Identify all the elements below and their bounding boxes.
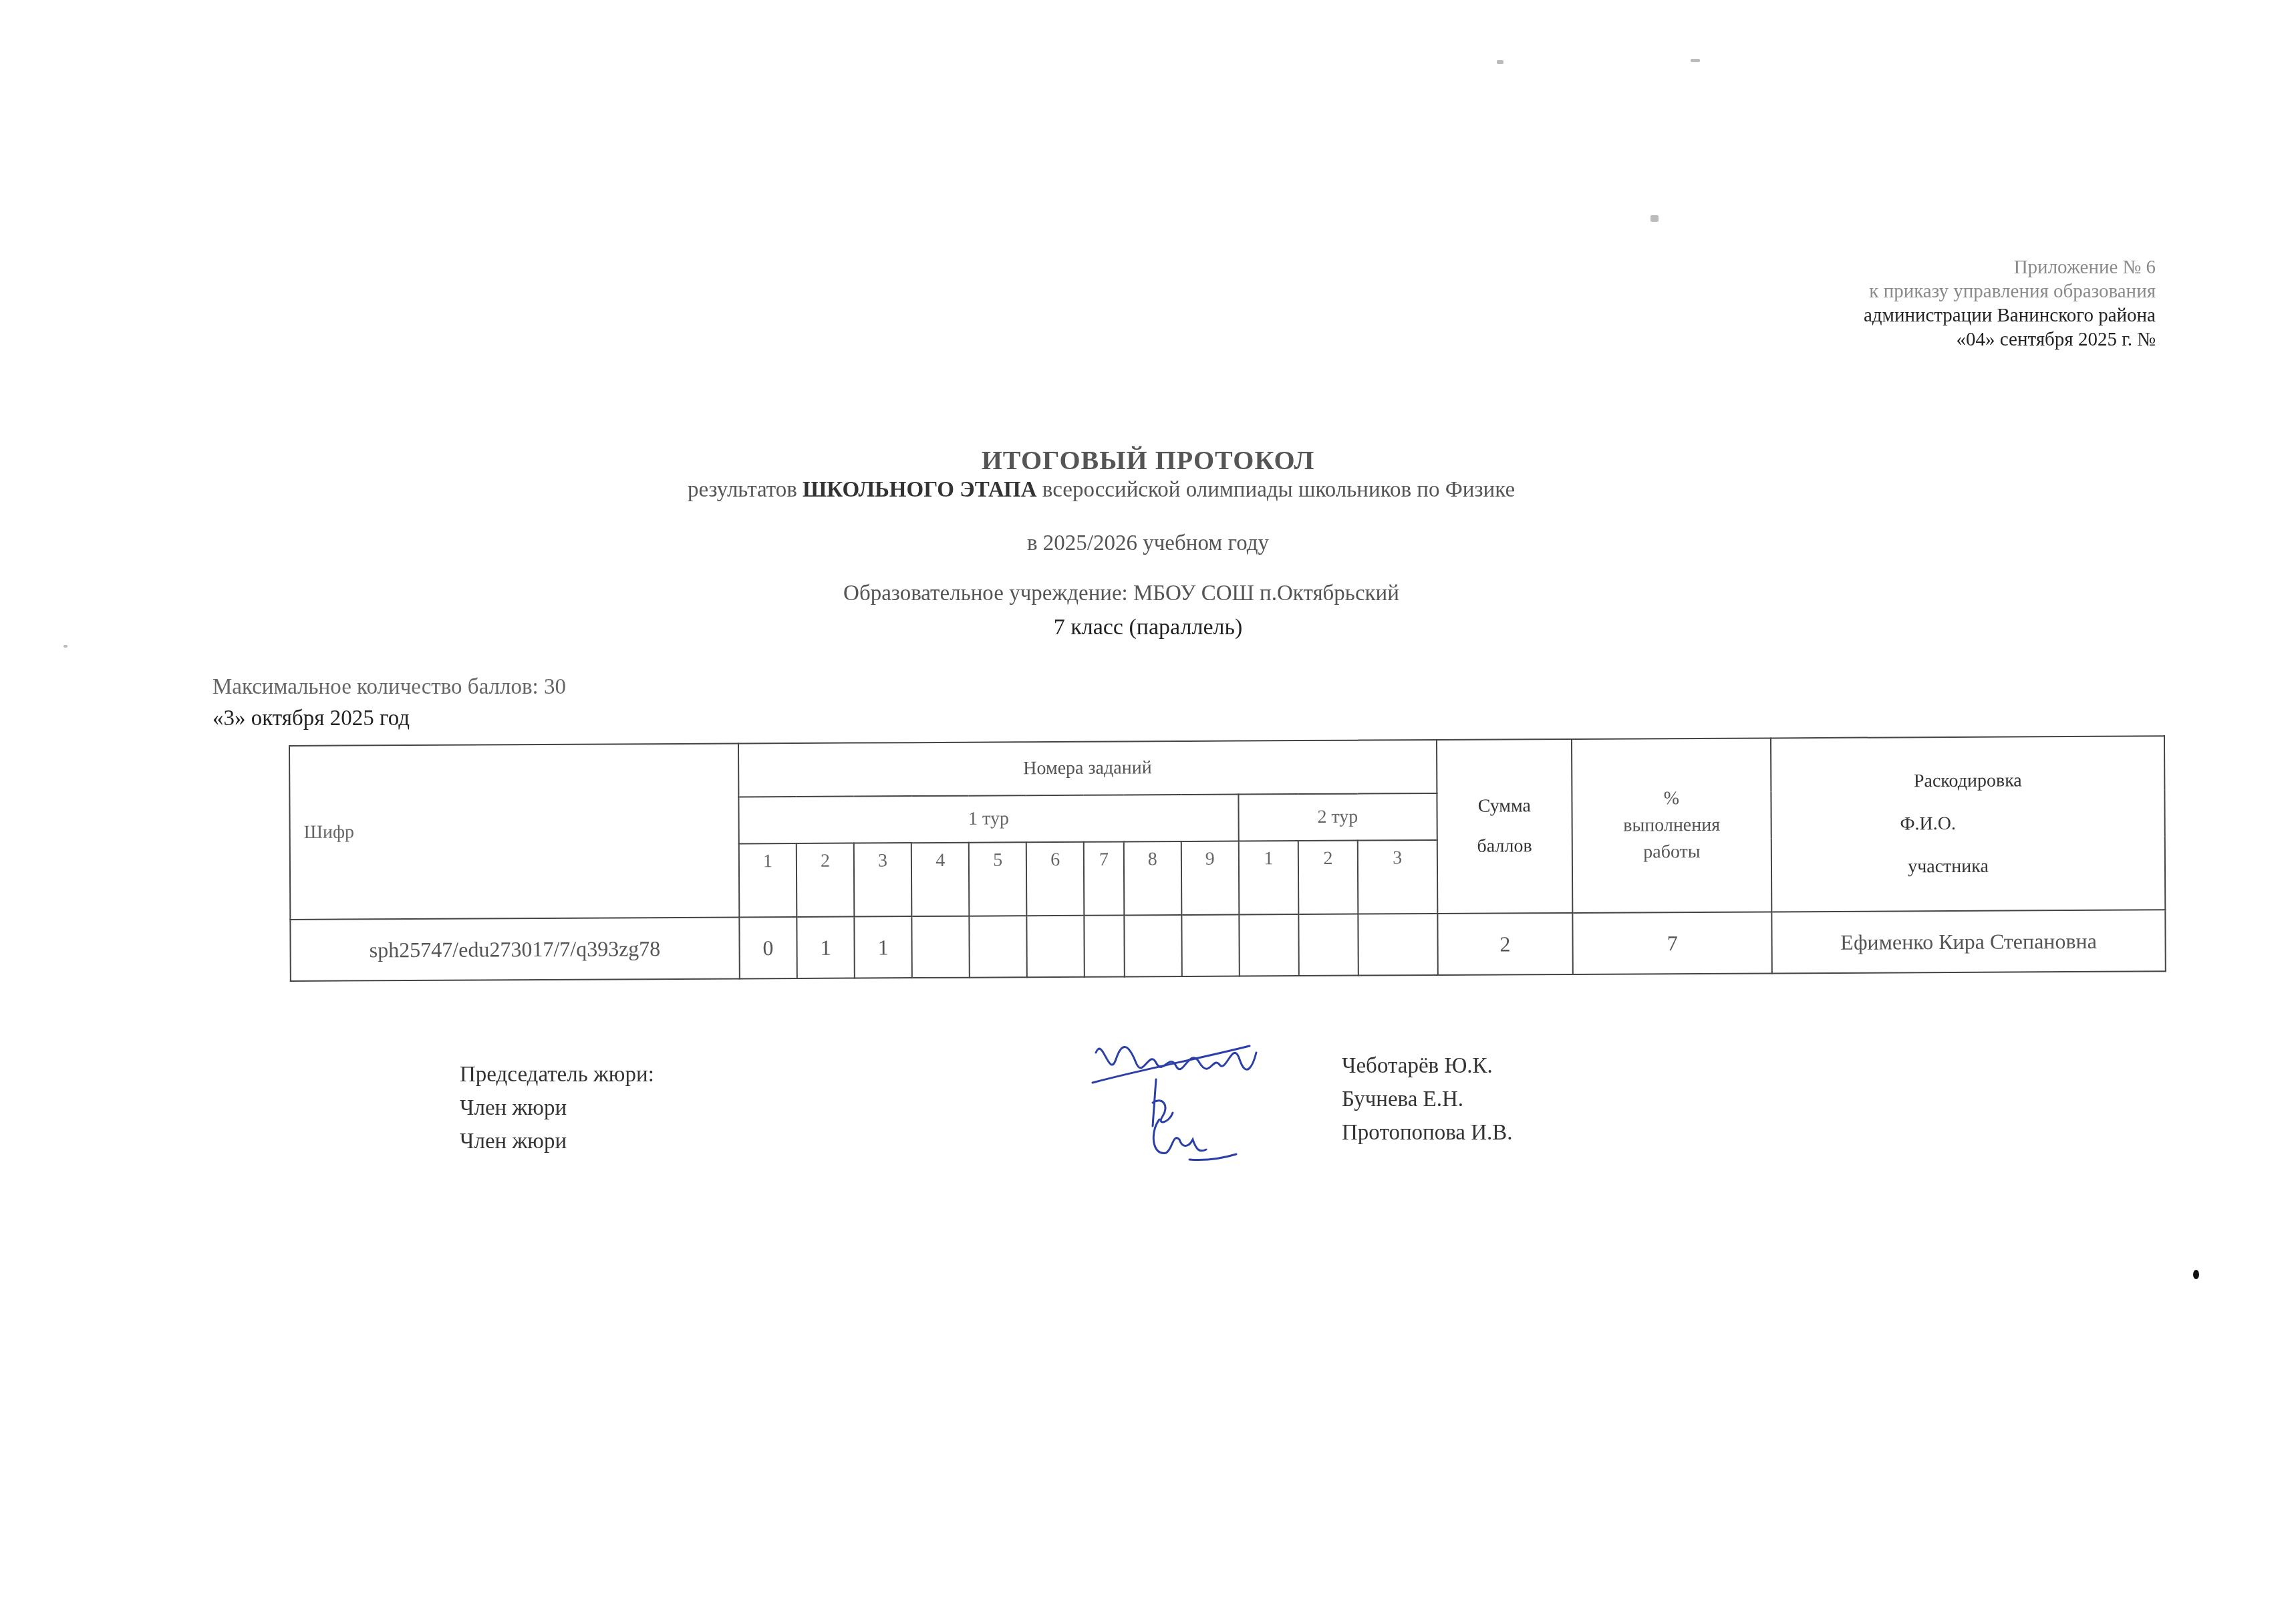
- max-score: Максимальное количество баллов: 30: [212, 675, 566, 700]
- appendix-line-1: Приложение № 6: [1864, 255, 2156, 279]
- appendix-line-2: к приказу управления образования: [1864, 279, 2156, 303]
- jury-member-name-2: Протопопова И.В.: [1342, 1116, 1513, 1150]
- scan-speck: [63, 645, 67, 648]
- subtitle-stage: ШКОЛЬНОГО ЭТАПА: [803, 478, 1036, 502]
- scan-speck: [2193, 1270, 2199, 1279]
- task-number-t2-1: 1: [1239, 841, 1299, 914]
- row-percent: 7: [1572, 912, 1771, 974]
- results-table: Шифр Номера заданий Сумма баллов % выпол…: [289, 735, 2166, 982]
- score-t1-7: [1085, 915, 1125, 976]
- institution: Образовательное учреждение: МБОУ СОШ п.О…: [0, 581, 2269, 606]
- subtitle-suffix: всероссийской олимпиады школьников по Фи…: [1042, 478, 1515, 502]
- score-t1-9: [1181, 915, 1240, 976]
- protocol-date: «3» октября 2025 год: [212, 706, 410, 731]
- header-dec-line2: Ф.И.О.: [1771, 801, 2164, 846]
- row-sum: 2: [1437, 913, 1573, 975]
- header-pct-line1: %: [1572, 785, 1770, 813]
- score-t1-5: [970, 916, 1028, 977]
- row-cipher: sph25747/edu273017/7/q393zg78: [290, 917, 739, 981]
- header-task-numbers: Номера заданий: [738, 740, 1437, 797]
- header-decoding: Раскодировка Ф.И.О. участника: [1771, 736, 2165, 912]
- task-number-t1-1: 1: [739, 843, 797, 917]
- task-number-t1-5: 5: [969, 842, 1027, 916]
- score-t1-8: [1124, 915, 1182, 976]
- subtitle-prefix: результатов: [688, 478, 797, 502]
- header-pct-line2: выполнения: [1573, 811, 1771, 839]
- score-t1-4: [912, 916, 970, 978]
- task-number-t1-8: 8: [1124, 841, 1182, 915]
- task-number-t2-2: 2: [1298, 841, 1358, 914]
- jury-member-name-1: Бучнева Е.Н.: [1342, 1083, 1513, 1116]
- grade: 7 класс (параллель): [0, 615, 2296, 640]
- task-number-t1-4: 4: [911, 843, 970, 916]
- header-dec-line1: Раскодировка: [1771, 759, 2164, 803]
- score-t2-2: [1298, 914, 1358, 976]
- jury-member-label-2: Член жюри: [460, 1125, 654, 1158]
- task-number-t1-6: 6: [1026, 842, 1085, 916]
- appendix-line-4: «04» сентября 2025 г. №: [1864, 327, 2156, 352]
- task-number-t1-2: 2: [797, 843, 855, 917]
- score-t1-6: [1027, 916, 1085, 977]
- document-subtitle: результатов ШКОЛЬНОГО ЭТАПА всероссийско…: [0, 478, 2249, 503]
- header-tour-1: 1 тур: [738, 795, 1238, 844]
- appendix-line-3: администрации Ванинского района: [1864, 303, 2156, 327]
- header-tour-2: 2 тур: [1238, 793, 1437, 841]
- table-row: sph25747/edu273017/7/q393zg78 0 1 1 2 7 …: [290, 910, 2165, 981]
- header-dec-line3: участника: [1772, 844, 2164, 889]
- score-t2-1: [1239, 914, 1299, 976]
- task-number-t1-9: 9: [1181, 841, 1240, 915]
- document-title: ИТОГОВЫЙ ПРОТОКОЛ: [0, 444, 2296, 476]
- jury-chair-name: Чеботарёв Ю.К.: [1342, 1049, 1513, 1083]
- row-name: Ефименко Кира Степановна: [1771, 910, 2165, 973]
- score-t2-3: [1358, 914, 1437, 976]
- score-t1-3: 1: [854, 916, 912, 978]
- task-number-t2-3: 3: [1358, 840, 1437, 914]
- header-cipher: Шифр: [289, 743, 739, 920]
- header-sum-line1: Сумма: [1437, 786, 1572, 827]
- score-t1-1: 0: [739, 917, 797, 978]
- header-sum: Сумма баллов: [1437, 739, 1573, 914]
- header-percent: % выполнения работы: [1572, 738, 1771, 913]
- scan-speck: [1497, 60, 1503, 64]
- task-number-t1-7: 7: [1084, 841, 1124, 915]
- jury-names: Чеботарёв Ю.К. Бучнева Е.Н. Протопопова …: [1342, 1049, 1513, 1150]
- scan-speck: [1651, 215, 1659, 222]
- header-pct-line3: работы: [1573, 838, 1771, 866]
- jury-labels: Председатель жюри: Член жюри Член жюри: [460, 1058, 654, 1158]
- jury-chair-label: Председатель жюри:: [460, 1058, 654, 1091]
- scan-speck: [1691, 59, 1700, 62]
- score-t1-2: 1: [797, 917, 855, 978]
- jury-member-label-1: Член жюри: [460, 1091, 654, 1125]
- appendix-block: Приложение № 6 к приказу управления обра…: [1864, 255, 2156, 352]
- header-sum-line2: баллов: [1437, 826, 1572, 867]
- academic-year: в 2025/2026 учебном году: [0, 531, 2296, 556]
- handwritten-signatures: [1089, 1033, 1316, 1166]
- task-number-t1-3: 3: [854, 843, 912, 916]
